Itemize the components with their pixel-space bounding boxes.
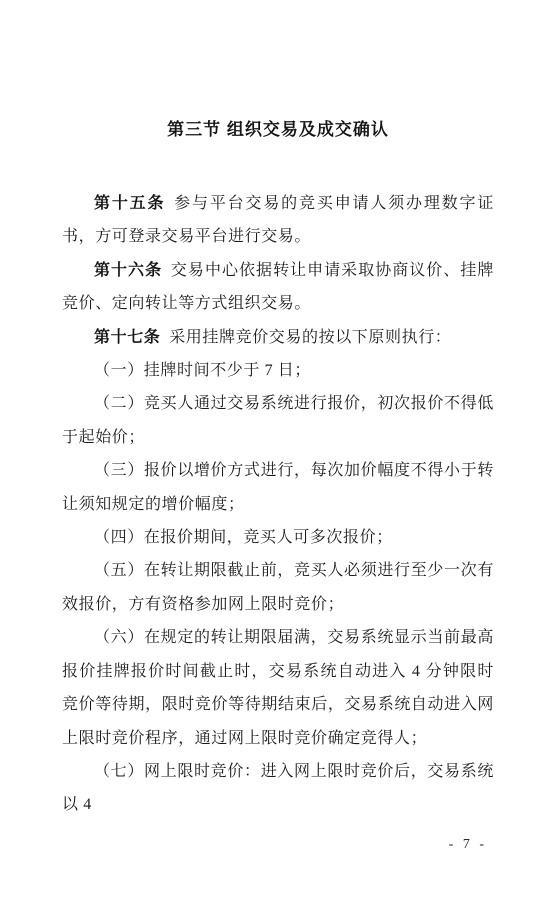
paragraph-text: 采用挂牌竞价交易的按以下原则执行： [169,329,451,346]
paragraph: （六）在规定的转让期限届满，交易系统显示当前最高报价挂牌报价时间截止时，交易系统… [62,621,494,755]
paragraph: 第十五条参与平台交易的竞买申请人须办理数字证书，方可登录交易平台进行交易。 [62,187,494,254]
article-label: 第十六条 [94,262,162,279]
paragraph: （七）网上限时竞价：进入网上限时竞价后，交易系统以 4 [62,755,494,822]
page-number: - 7 - [449,837,487,853]
paragraph: （一）挂牌时间不少于 7 日； [62,354,494,387]
paragraph: （五）在转让期限截止前，竞买人必须进行至少一次有效报价，方有资格参加网上限时竞价… [62,554,494,621]
article-label: 第十七条 [94,329,160,346]
article-label: 第十五条 [94,195,165,212]
paragraph: 第十六条交易中心依据转让申请采取协商议价、挂牌竞价、定向转让等方式组织交易。 [62,254,494,321]
paragraph-text: （六）在规定的转让期限届满，交易系统显示当前最高报价挂牌报价时间截止时，交易系统… [62,629,494,746]
document-body: 第十五条参与平台交易的竞买申请人须办理数字证书，方可登录交易平台进行交易。 第十… [62,187,494,822]
paragraph: 第十七条采用挂牌竞价交易的按以下原则执行： [62,321,494,354]
paragraph-text: （五）在转让期限截止前，竞买人必须进行至少一次有效报价，方有资格参加网上限时竞价… [62,562,494,612]
paragraph-text: （四）在报价期间，竞买人可多次报价； [94,529,393,546]
paragraph: （二）竞买人通过交易系统进行报价，初次报价不得低于起始价； [62,387,494,454]
document-content: 第三节 组织交易及成交确认 第十五条参与平台交易的竞买申请人须办理数字证书，方可… [62,118,494,822]
paragraph-text: （七）网上限时竞价：进入网上限时竞价后，交易系统以 4 [62,763,494,813]
paragraph: （四）在报价期间，竞买人可多次报价； [62,521,494,554]
document-page: 第三节 组织交易及成交确认 第十五条参与平台交易的竞买申请人须办理数字证书，方可… [0,0,555,906]
paragraph-text: （二）竞买人通过交易系统进行报价，初次报价不得低于起始价； [62,395,494,445]
paragraph: （三）报价以增价方式进行，每次加价幅度不得小于转让须知规定的增价幅度； [62,454,494,521]
paragraph-text: （三）报价以增价方式进行，每次加价幅度不得小于转让须知规定的增价幅度； [62,462,494,512]
page-title: 第三节 组织交易及成交确认 [62,118,494,142]
paragraph-text: （一）挂牌时间不少于 7 日； [94,362,311,379]
